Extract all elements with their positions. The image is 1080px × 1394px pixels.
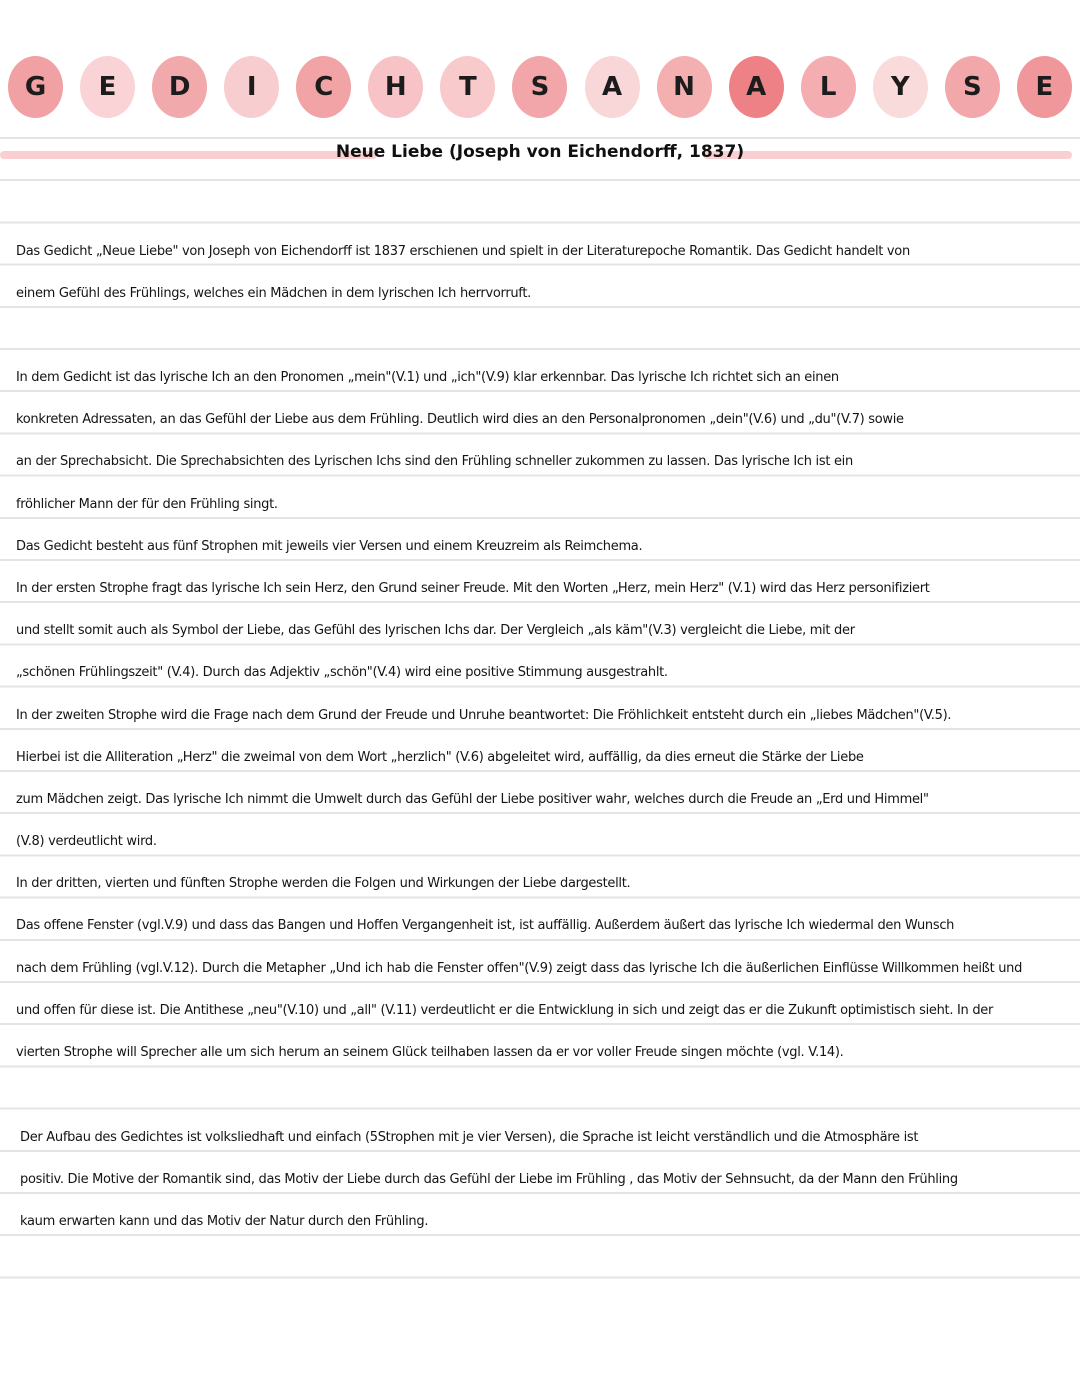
text-line: konkreten Adressaten, an das Gefühl der … [16,399,1080,441]
text-line: In dem Gedicht ist das lyrische Ich an d… [16,357,1080,399]
notebook-page: G E D I C H T S A N A L Y S E Neue Liebe… [0,0,1080,1394]
title-letter: Y [891,72,910,102]
text-line: positiv. Die Motive der Romantik sind, d… [20,1159,1080,1201]
text-line: Hierbei ist die Alliteration „Herz" die … [16,737,1080,779]
title-letter: I [247,72,257,102]
text-line: und offen für diese ist. Die Antithese „… [16,990,1080,1032]
analysis-paragraph-main: In dem Gedicht ist das lyrische Ich an d… [16,357,1080,1074]
text-line: Das Gedicht besteht aus fünf Strophen mi… [16,526,1080,568]
text-line: In der zweiten Strophe wird die Frage na… [16,695,1080,737]
title-letter: H [385,72,407,102]
title-letter: G [25,72,46,102]
title-letter-circle: E [80,56,135,118]
text-line: Das offene Fenster (vgl.V.9) und dass da… [16,905,1080,947]
title-letter-circle: S [945,56,1000,118]
title-letter-circle: L [801,56,856,118]
text-line: (V.8) verdeutlicht wird. [16,821,1080,863]
title-letter-circle: A [729,56,784,118]
text-line: In der dritten, vierten und fünften Stro… [16,863,1080,905]
title-letter-circle: D [152,56,207,118]
title-letter-circle: N [657,56,712,118]
title-letter-circle: E [1017,56,1072,118]
text-line: Das Gedicht „Neue Liebe" von Joseph von … [16,231,1080,273]
title-letter: S [531,72,550,102]
title-letter: L [820,72,837,102]
analysis-paragraph-conclusion: Der Aufbau des Gedichtes ist volksliedha… [20,1117,1080,1244]
title-letter-circle: A [585,56,640,118]
text-line: kaum erwarten kann und das Motiv der Nat… [20,1201,1080,1243]
title-letter: T [459,72,477,102]
text-line: „schönen Frühlingszeit" (V.4). Durch das… [16,652,1080,694]
title-letter-circle: I [224,56,279,118]
text-line: an der Sprechabsicht. Die Sprechabsichte… [16,441,1080,483]
title-letter-circle: H [368,56,423,118]
title-letter-circle: Y [873,56,928,118]
title-letter: S [963,72,982,102]
title-letter: A [746,72,766,102]
title-letter: D [169,72,191,102]
title-letter-circle: T [440,56,495,118]
title-letter: N [673,72,695,102]
page-title: G E D I C H T S A N A L Y S E [8,56,1072,118]
text-line: In der ersten Strophe fragt das lyrische… [16,568,1080,610]
title-letter-circle: C [296,56,351,118]
poem-title: Neue Liebe (Joseph von Eichendorff, 1837… [0,142,1080,162]
analysis-paragraph-intro: Das Gedicht „Neue Liebe" von Joseph von … [16,231,1080,315]
text-line: fröhlicher Mann der für den Frühling sin… [16,484,1080,526]
title-letter-circle: S [512,56,567,118]
text-line: Der Aufbau des Gedichtes ist volksliedha… [20,1117,1080,1159]
text-line: und stellt somit auch als Symbol der Lie… [16,610,1080,652]
text-line: zum Mädchen zeigt. Das lyrische Ich nimm… [16,779,1080,821]
title-letter: E [1035,72,1053,102]
title-letter: A [602,72,622,102]
text-line: einem Gefühl des Frühlings, welches ein … [16,273,1080,315]
title-letter: E [99,72,117,102]
title-letter: C [314,72,333,102]
title-letter-circle: G [8,56,63,118]
text-line: nach dem Frühling (vgl.V.12). Durch die … [16,948,1080,990]
text-line: vierten Strophe will Sprecher alle um si… [16,1032,1080,1074]
